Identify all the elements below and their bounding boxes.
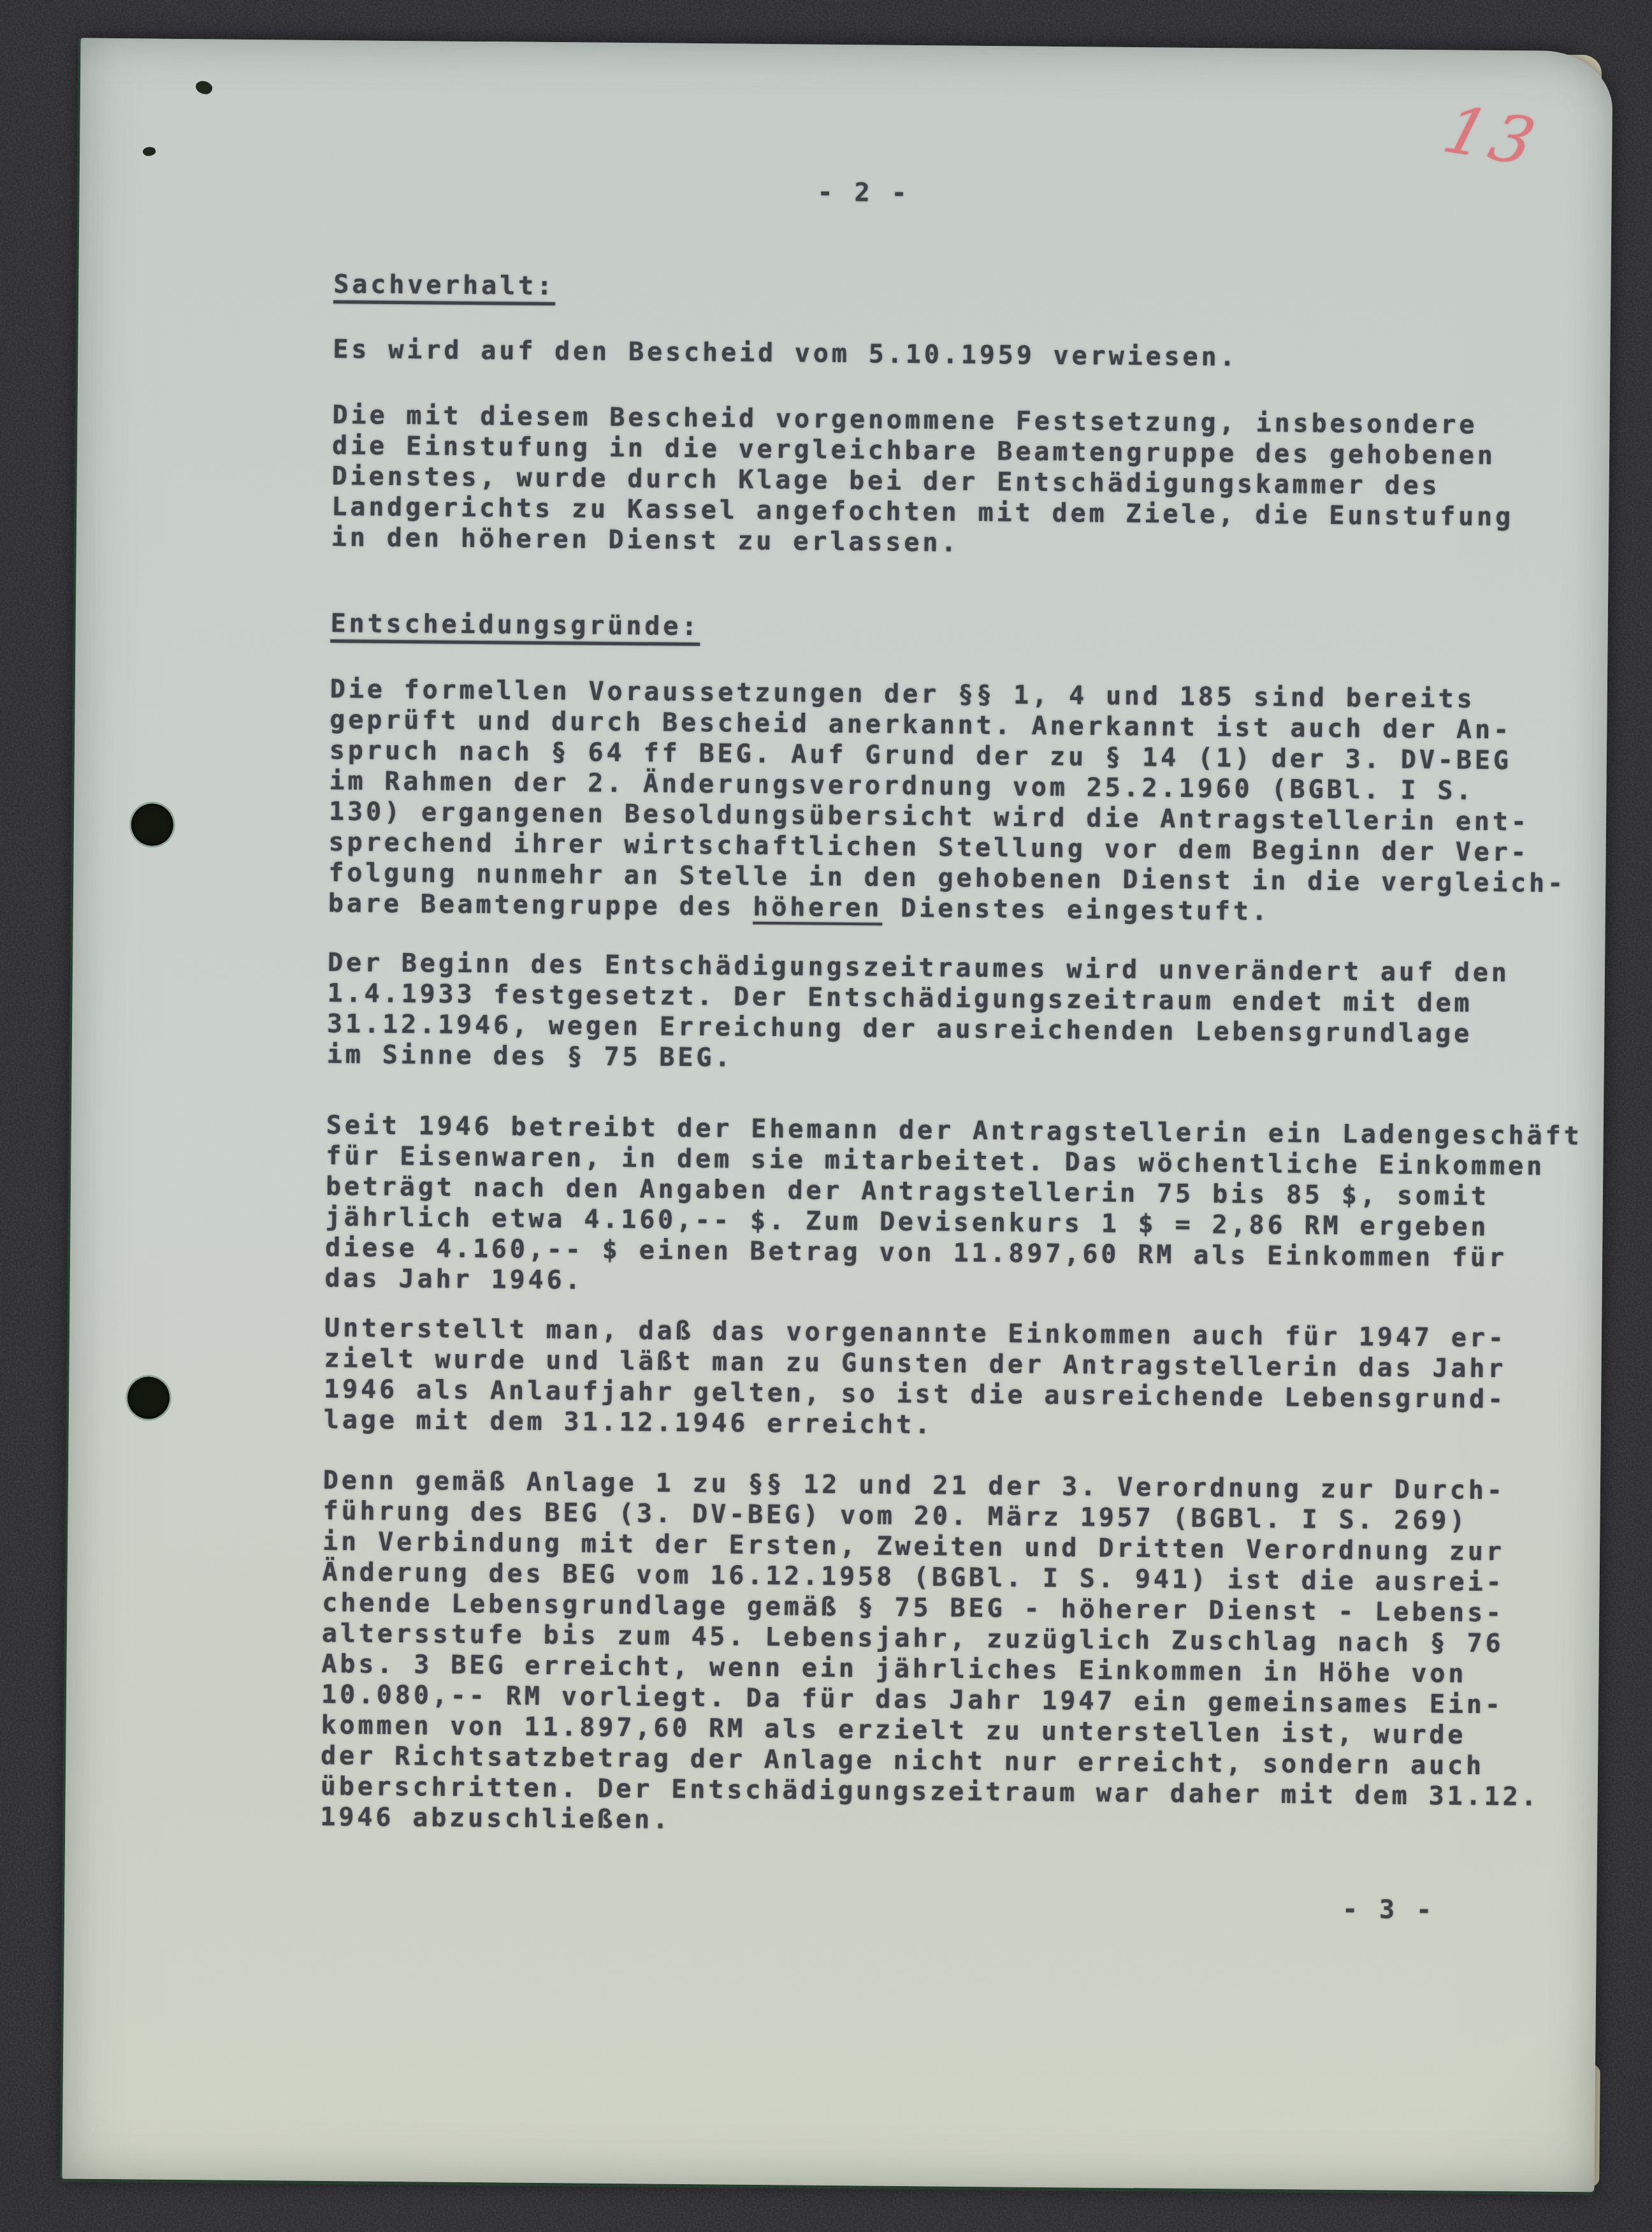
underlined-word: höheren (753, 893, 882, 923)
paragraph-einkommen-1946: Seit 1946 betreibt der Ehemann der Antra… (325, 1110, 1583, 1304)
line-segment: bare Beamtengruppe des (328, 889, 753, 922)
hole-punch-bottom (127, 1376, 170, 1419)
ink-speck (194, 78, 214, 97)
paragraph-klage: Die mit diesem Bescheid vorgenommene Fes… (331, 400, 1515, 563)
page-number-bottom: - 3 - (1342, 1894, 1435, 1925)
paragraph-reference: Es wird auf den Bescheid vom 5.10.1959 v… (333, 334, 1238, 372)
section-heading-sachverhalt: Sachverhalt: (333, 269, 555, 302)
paragraph-unterstellung: Unterstellt man, daß das vorgenannte Ein… (324, 1313, 1507, 1445)
section-heading-entscheidungsgruende: Entscheidungsgründe: (330, 608, 700, 642)
page-number-top: - 2 - (817, 177, 909, 208)
paragraph-zeitraum: Der Beginn des Entschädigungszeitraumes … (327, 947, 1510, 1080)
paper-sheet: 13 - 2 - Sachverhalt: Es wird auf den Be… (62, 38, 1612, 2192)
paragraph-richtsatz: Denn gemäß Anlage 1 zu §§ 12 und 21 der … (320, 1465, 1542, 1843)
line-segment: Dienstes eingestuft. (882, 894, 1270, 926)
folio-annotation-handwritten: 13 (1435, 92, 1547, 181)
ink-speck (142, 145, 157, 157)
scanned-document-background: 13 - 2 - Sachverhalt: Es wird auf den Be… (0, 0, 1652, 2232)
typescript-line: Es wird auf den Bescheid vom 5.10.1959 v… (333, 334, 1238, 372)
paragraph-voraussetzungen: Die formellen Voraussetzungen der §§ 1, … (328, 674, 1568, 930)
hole-punch-top (131, 803, 174, 846)
